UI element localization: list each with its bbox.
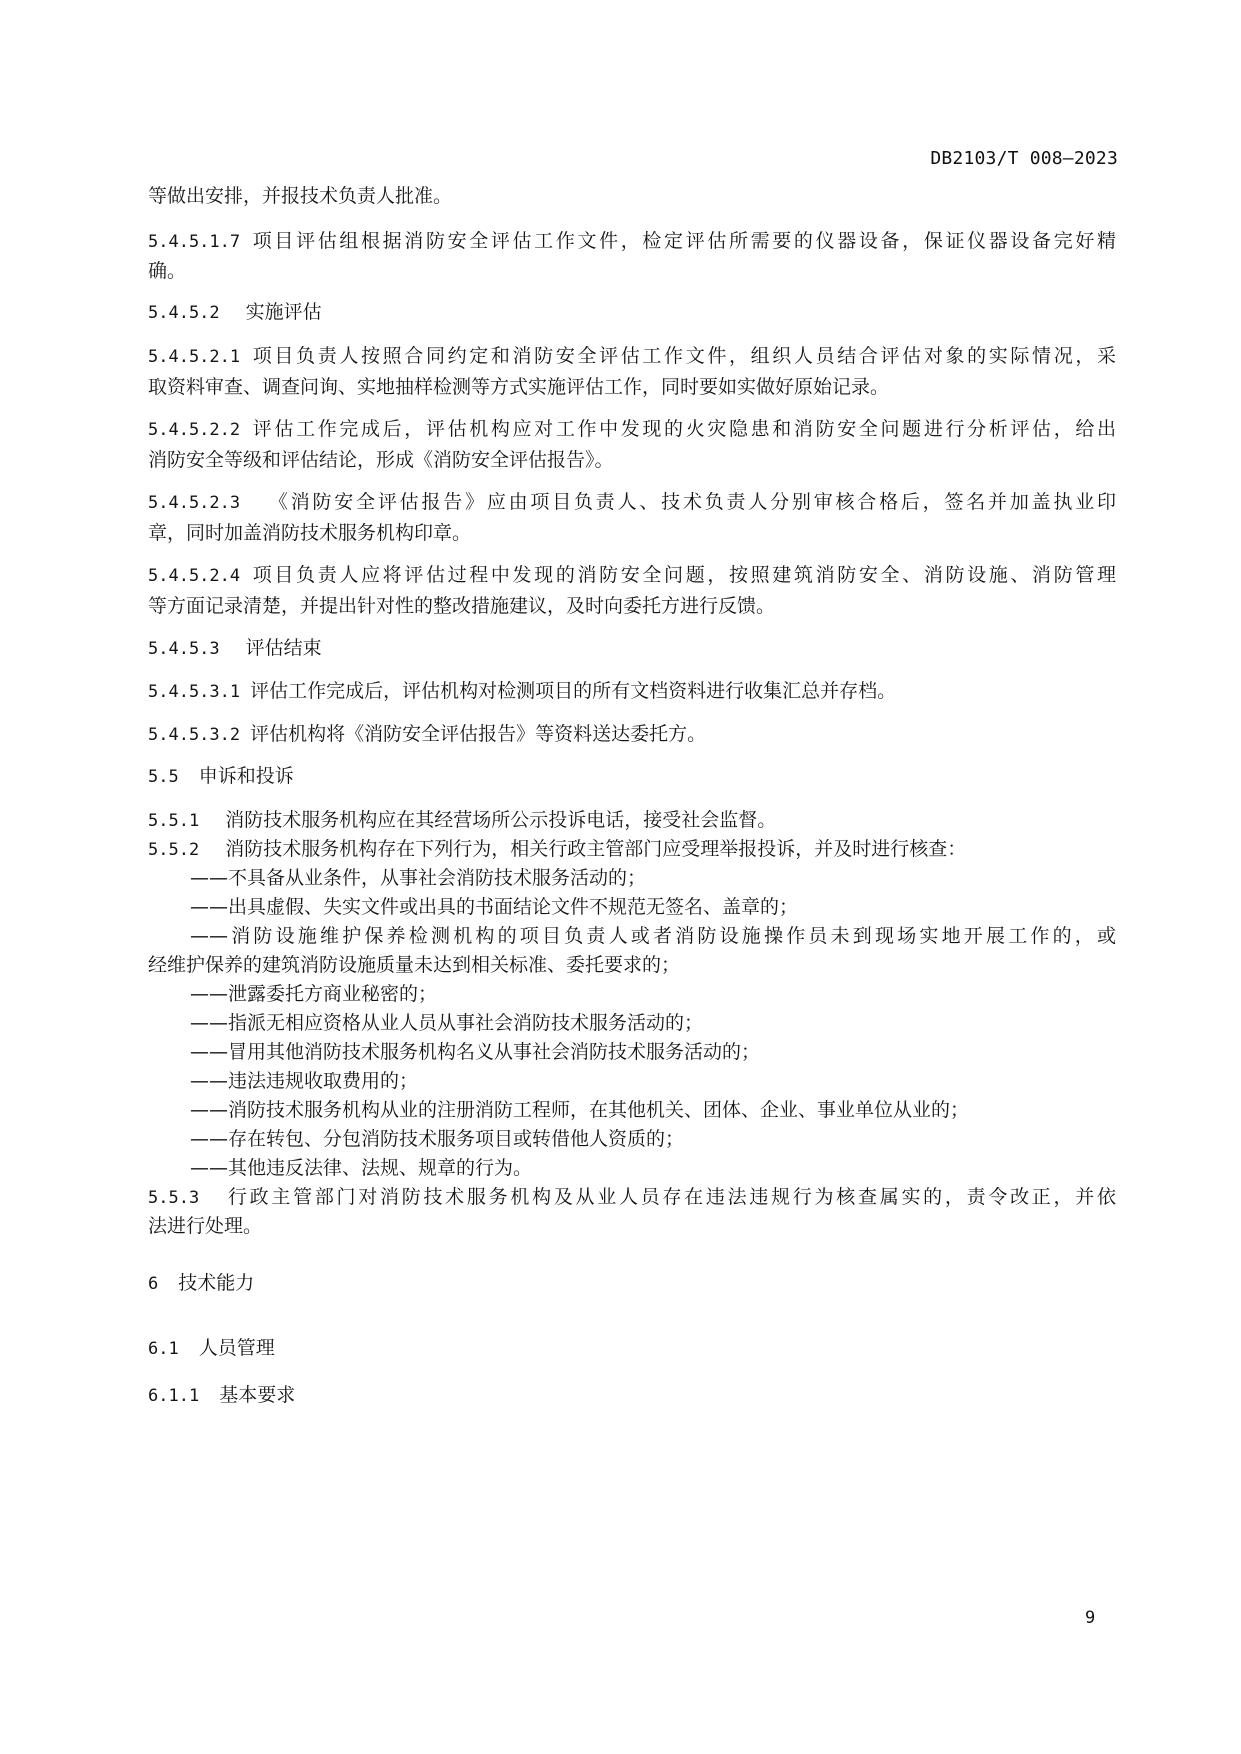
page-number: 9 [1085, 1608, 1095, 1628]
clause-5-4-5-2-4: 5.4.5.2.4项目负责人应将评估过程中发现的消防安全问题，按照建筑消防安全、… [148, 564, 1116, 587]
heading-title: 申诉和投诉 [199, 765, 294, 787]
clause-5-4-5-1-7-cont: 确。 [148, 260, 1116, 282]
clause-text: 《消防安全评估报告》应由项目负责人、技术负责人分别审核合格后，签名并加盖执业印 [266, 491, 1116, 513]
clause-5-4-5-2-1-cont: 取资料审查、调查问询、实地抽样检测等方式实施评估工作，同时要如实做好原始记录。 [148, 376, 1116, 398]
clause-number: 5.4.5.1.7 [148, 232, 240, 252]
heading-number: 6 [148, 1274, 158, 1294]
clause-5-4-5-2-4-cont: 等方面记录清楚，并提出针对性的整改措施建议，及时向委托方进行反馈。 [148, 595, 1116, 617]
clause-5-4-5-3-1: 5.4.5.3.1评估工作完成后，评估机构对检测项目的所有文档资料进行收集汇总并… [148, 680, 1116, 703]
clause-number: 5.4.5.2.4 [148, 566, 240, 586]
list-item: ——冒用其他消防技术服务机构名义从事社会消防技术服务活动的； [190, 1041, 1158, 1063]
heading-number: 5.5 [148, 767, 179, 787]
list-item: ——出具虚假、失实文件或出具的书面结论文件不规范无签名、盖章的； [190, 896, 1158, 918]
clause-number: 5.4.5.3.2 [148, 725, 240, 745]
clause-5-4-5-2-1: 5.4.5.2.1项目负责人按照合同约定和消防安全评估工作文件，组织人员结合评估… [148, 345, 1116, 368]
clause-text: 消防技术服务机构存在下列行为，相关行政主管部门应受理举报投诉，并及时进行核查： [225, 838, 966, 860]
heading-6-1-1: 6.1.1基本要求 [148, 1384, 1116, 1407]
heading-5-4-5-2: 5.4.5.2实施评估 [148, 301, 1116, 324]
paragraph-continuation: 等做出安排，并报技术负责人批准。 [148, 185, 1116, 207]
heading-title: 基本要求 [219, 1384, 295, 1406]
list-item: ——消防技术服务机构从业的注册消防工程师，在其他机关、团体、企业、事业单位从业的… [190, 1099, 1158, 1121]
clause-text: 行政主管部门对消防技术服务机构及从业人员存在违法违规行为核查属实的，责令改正，并… [225, 1186, 1116, 1208]
clause-5-4-5-2-3: 5.4.5.2.3《消防安全评估报告》应由项目负责人、技术负责人分别审核合格后，… [148, 491, 1116, 514]
heading-6: 6技术能力 [148, 1272, 1116, 1295]
standard-code: DB2103/T 008—2023 [930, 148, 1118, 169]
list-item: ——泄露委托方商业秘密的； [190, 983, 1158, 1005]
clause-text: 评估工作完成后，评估机构对检测项目的所有文档资料进行收集汇总并存档。 [250, 680, 896, 702]
clause-5-5-3-cont: 法进行处理。 [148, 1215, 1116, 1237]
clause-number: 5.4.5.2.2 [148, 420, 240, 440]
document-page: DB2103/T 008—2023 等做出安排，并报技术负责人批准。 5.4.5… [0, 0, 1241, 1754]
clause-text: 项目负责人按照合同约定和消防安全评估工作文件，组织人员结合评估对象的实际情况，采 [250, 345, 1116, 367]
heading-5-5: 5.5申诉和投诉 [148, 765, 1116, 788]
clause-5-4-5-2-2: 5.4.5.2.2评估工作完成后，评估机构应对工作中发现的火灾隐患和消防安全问题… [148, 418, 1116, 441]
heading-number: 5.4.5.2 [148, 303, 220, 323]
heading-title: 评估结束 [246, 637, 322, 659]
heading-number: 6.1.1 [148, 1386, 199, 1406]
list-item: ——其他违反法律、法规、规章的行为。 [190, 1157, 1158, 1179]
heading-title: 实施评估 [246, 301, 322, 323]
heading-title: 人员管理 [199, 1337, 275, 1359]
clause-number: 5.4.5.2.3 [148, 493, 240, 513]
clause-text: 评估工作完成后，评估机构应对工作中发现的火灾隐患和消防安全问题进行分析评估，给出 [250, 418, 1116, 440]
clause-5-5-3: 5.5.3行政主管部门对消防技术服务机构及从业人员存在违法违规行为核查属实的，责… [148, 1186, 1116, 1209]
heading-6-1: 6.1人员管理 [148, 1337, 1116, 1360]
clause-5-4-5-1-7: 5.4.5.1.7项目评估组根据消防安全评估工作文件，检定评估所需要的仪器设备，… [148, 230, 1116, 253]
clause-5-4-5-2-3-cont: 章，同时加盖消防技术服务机构印章。 [148, 522, 1116, 544]
list-item: ——存在转包、分包消防技术服务项目或转借他人资质的； [190, 1128, 1158, 1150]
clause-number: 5.5.1 [148, 811, 199, 831]
heading-number: 5.4.5.3 [148, 639, 220, 659]
list-item: ——违法违规收取费用的； [190, 1070, 1158, 1092]
clause-5-4-5-3-2: 5.4.5.3.2评估机构将《消防安全评估报告》等资料送达委托方。 [148, 723, 1116, 746]
clause-5-5-1: 5.5.1消防技术服务机构应在其经营场所公示投诉电话，接受社会监督。 [148, 809, 1116, 832]
clause-5-4-5-2-2-cont: 消防安全等级和评估结论，形成《消防安全评估报告》。 [148, 449, 1116, 471]
clause-text: 项目评估组根据消防安全评估工作文件，检定评估所需要的仪器设备，保证仪器设备完好精 [250, 230, 1116, 252]
clause-text: 评估机构将《消防安全评估报告》等资料送达委托方。 [250, 723, 706, 745]
list-item: ——不具备从业条件，从事社会消防技术服务活动的； [190, 867, 1158, 889]
clause-number: 5.5.2 [148, 840, 199, 860]
clause-number: 5.4.5.3.1 [148, 682, 240, 702]
heading-5-4-5-3: 5.4.5.3评估结束 [148, 637, 1116, 660]
heading-title: 技术能力 [178, 1272, 254, 1294]
list-item: ——指派无相应资格从业人员从事社会消防技术服务活动的； [190, 1012, 1158, 1034]
clause-number: 5.5.3 [148, 1188, 199, 1208]
list-item-cont: 经维护保养的建筑消防设施质量未达到相关标准、委托要求的； [148, 954, 1116, 976]
clause-5-5-2: 5.5.2消防技术服务机构存在下列行为，相关行政主管部门应受理举报投诉，并及时进… [148, 838, 1116, 861]
clause-number: 5.4.5.2.1 [148, 347, 240, 367]
list-item: ——消防设施维护保养检测机构的项目负责人或者消防设施操作员未到现场实地开展工作的… [190, 925, 1116, 947]
heading-number: 6.1 [148, 1339, 179, 1359]
clause-text: 消防技术服务机构应在其经营场所公示投诉电话，接受社会监督。 [225, 809, 776, 831]
clause-text: 项目负责人应将评估过程中发现的消防安全问题，按照建筑消防安全、消防设施、消防管理 [250, 564, 1116, 586]
